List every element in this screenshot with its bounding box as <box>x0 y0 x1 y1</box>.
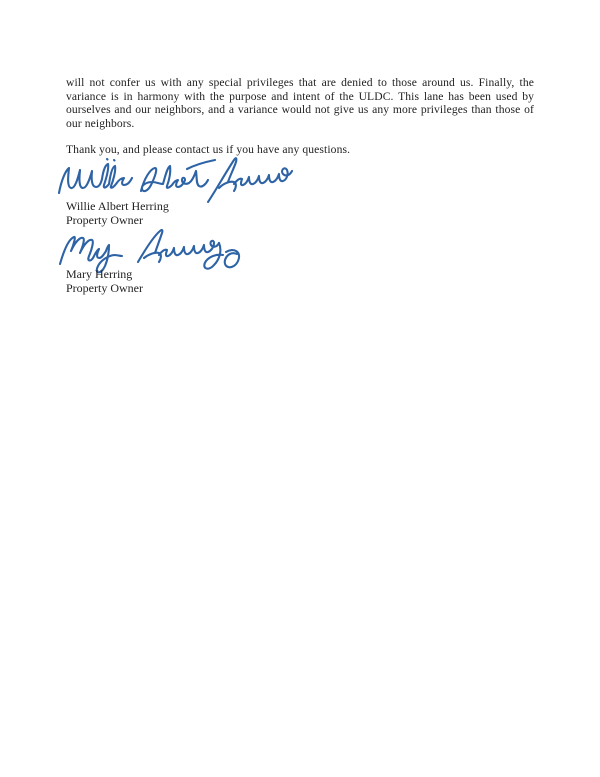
body-line: variance is in harmony with the purpose … <box>66 90 534 104</box>
signer-title: Property Owner <box>66 282 143 296</box>
body-line: our neighbors. <box>66 117 534 131</box>
body-line: will not confer us with any special priv… <box>66 76 534 90</box>
letter-closing-line: Thank you, and please contact us if you … <box>66 143 534 157</box>
signer-typed-name: Mary Herring <box>66 268 143 282</box>
signature-block-1: Willie Albert Herring Property Owner <box>66 200 169 228</box>
signer-typed-name: Willie Albert Herring <box>66 200 169 214</box>
signer-title: Property Owner <box>66 214 169 228</box>
signature-block-2: Mary Herring Property Owner <box>66 268 143 296</box>
body-line: ourselves and our neighbors, and a varia… <box>66 103 534 117</box>
letter-body-paragraph: will not confer us with any special priv… <box>66 76 534 130</box>
scanned-letter-page: will not confer us with any special priv… <box>0 0 600 777</box>
